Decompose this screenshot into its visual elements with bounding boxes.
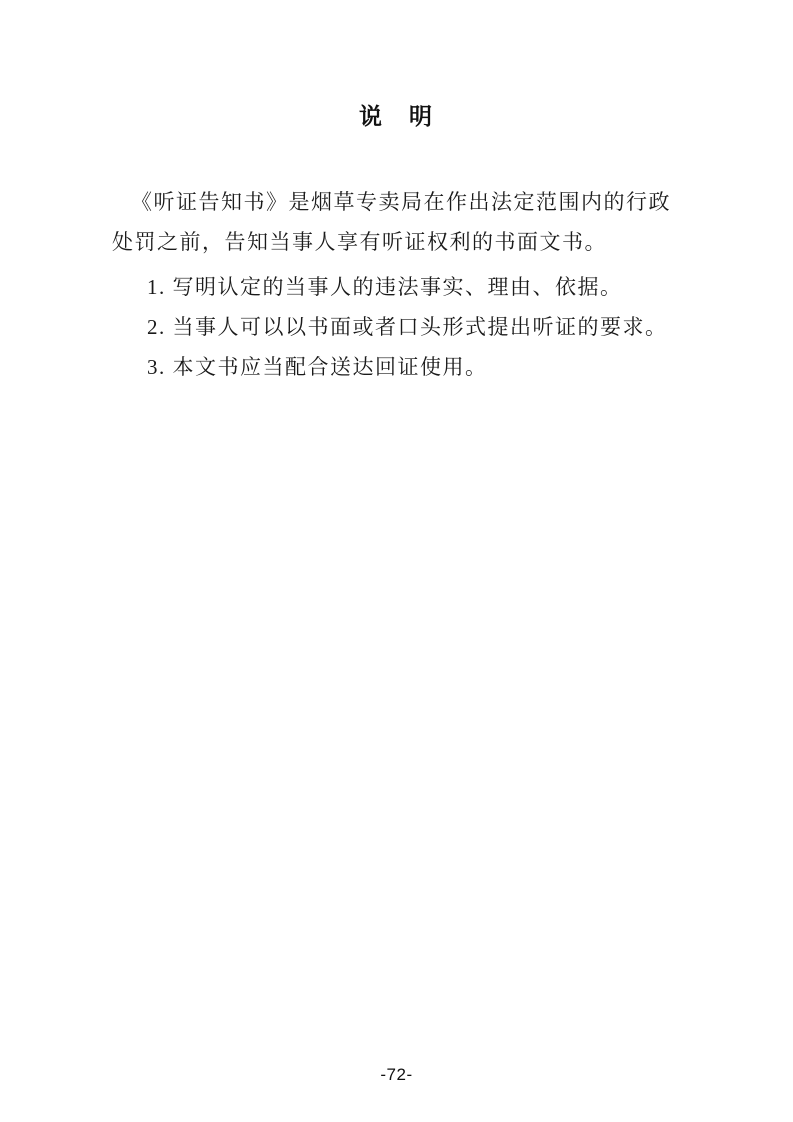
page-title: 说 明 bbox=[0, 0, 793, 132]
document-page: 说 明 《听证告知书》是烟草专卖局在作出法定范围内的行政 处罚之前，告知当事人享… bbox=[0, 0, 793, 1122]
note-item-1: 1. 写明认定的当事人的违法事实、理由、依据。 bbox=[112, 267, 681, 307]
document-body: 《听证告知书》是烟草专卖局在作出法定范围内的行政 处罚之前，告知当事人享有听证权… bbox=[112, 182, 681, 387]
notes-list: 1. 写明认定的当事人的违法事实、理由、依据。 2. 当事人可以以书面或者口头形… bbox=[112, 267, 681, 387]
intro-line-2: 处罚之前，告知当事人享有听证权利的书面文书。 bbox=[112, 222, 681, 262]
note-item-3: 3. 本文书应当配合送达回证使用。 bbox=[112, 347, 681, 387]
intro-line-1: 《听证告知书》是烟草专卖局在作出法定范围内的行政 bbox=[112, 182, 681, 222]
note-item-2: 2. 当事人可以以书面或者口头形式提出听证的要求。 bbox=[112, 307, 681, 347]
page-number: -72- bbox=[0, 1062, 793, 1088]
intro-paragraph: 《听证告知书》是烟草专卖局在作出法定范围内的行政 处罚之前，告知当事人享有听证权… bbox=[112, 182, 681, 262]
